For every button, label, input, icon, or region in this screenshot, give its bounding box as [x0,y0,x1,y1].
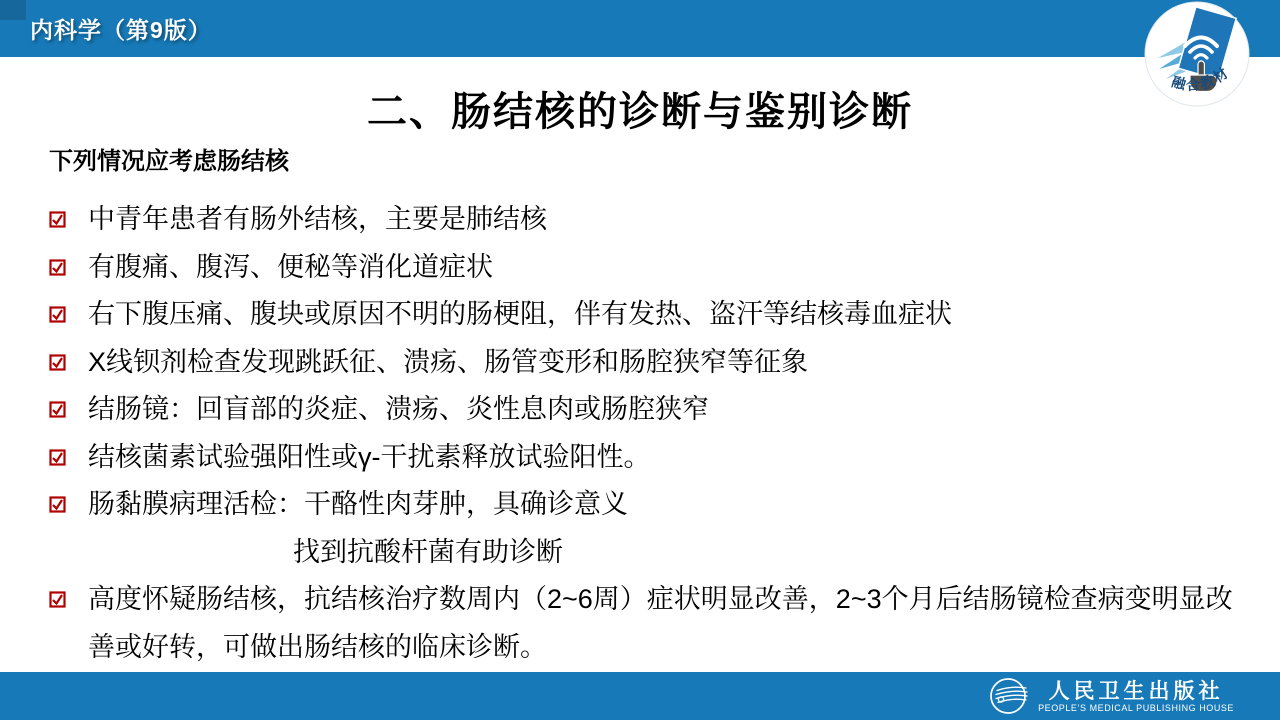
checkbox-icon [49,211,66,228]
content-heading: 下列情况应考虑肠结核 [49,147,1254,176]
course-title: 内科学（第9版） [30,0,212,57]
checkbox-icon [49,449,66,466]
list-item: 肠黏膜病理活检：干酪性肉芽肿，具确诊意义 找到抗酸杆菌有助诊断 [49,481,1254,576]
checkbox-icon [49,259,66,276]
list-item-text: 有腹痛、腹泻、便秘等消化道症状 [88,244,493,292]
list-item-line2: 找到抗酸杆菌有助诊断 [293,529,628,577]
list-item-text: 结肠镜：回盲部的炎症、溃疡、炎性息肉或肠腔狭窄 [88,386,709,434]
publisher-logo: 人民卫生出版社 PEOPLE’S MEDICAL PUBLISHING HOUS… [989,675,1234,717]
list-item: 结核菌素试验强阳性或γ-干扰素释放试验阳性。 [49,434,1254,482]
content-area: 下列情况应考虑肠结核 中青年患者有肠外结核，主要是肺结核 有腹痛、腹泻、便秘等消… [49,147,1254,671]
slide: 内科学（第9版） [0,0,1280,720]
list-item-line1: 肠黏膜病理活检：干酪性肉芽肿，具确诊意义 [88,489,628,519]
list-item-text: 右下腹压痛、腹块或原因不明的肠梗阻，伴有发热、盗汗等结核毒血症状 [88,291,952,339]
list-item-text: X线钡剂检查发现跳跃征、溃疡、肠管变形和肠腔狭窄等征象 [88,339,808,387]
publisher-name-en: PEOPLE’S MEDICAL PUBLISHING HOUSE [1038,703,1234,714]
publisher-name-block: 人民卫生出版社 PEOPLE’S MEDICAL PUBLISHING HOUS… [1038,678,1234,714]
list-item: 有腹痛、腹泻、便秘等消化道症状 [49,244,1254,292]
checkbox-icon [49,401,66,418]
checkbox-icon [49,306,66,323]
list-item: 中青年患者有肠外结核，主要是肺结核 [49,196,1254,244]
list-item-text: 中青年患者有肠外结核，主要是肺结核 [88,196,547,244]
checkbox-icon [49,591,66,608]
list-item-text: 高度怀疑肠结核，抗结核治疗数周内（2~6周）症状明显改善，2~3个月后结肠镜检查… [88,576,1238,671]
list-item: X线钡剂检查发现跳跃征、溃疡、肠管变形和肠腔狭窄等征象 [49,339,1254,387]
list-item-text: 肠黏膜病理活检：干酪性肉芽肿，具确诊意义 找到抗酸杆菌有助诊断 [88,481,628,576]
list-item-text: 结核菌素试验强阳性或γ-干扰素释放试验阳性。 [88,434,651,482]
checkbox-icon [49,496,66,513]
page-title: 二、肠结核的诊断与鉴别诊断 [0,80,1280,137]
publisher-emblem-icon [989,676,1029,716]
checkbox-icon [49,354,66,371]
list-item: 结肠镜：回盲部的炎症、溃疡、炎性息肉或肠腔狭窄 [49,386,1254,434]
publisher-name-cn: 人民卫生出版社 [1049,678,1224,703]
header-corner-accent [0,0,26,20]
list-item: 右下腹压痛、腹块或原因不明的肠梗阻，伴有发热、盗汗等结核毒血症状 [49,291,1254,339]
list-item: 高度怀疑肠结核，抗结核治疗数周内（2~6周）症状明显改善，2~3个月后结肠镜检查… [49,576,1254,671]
